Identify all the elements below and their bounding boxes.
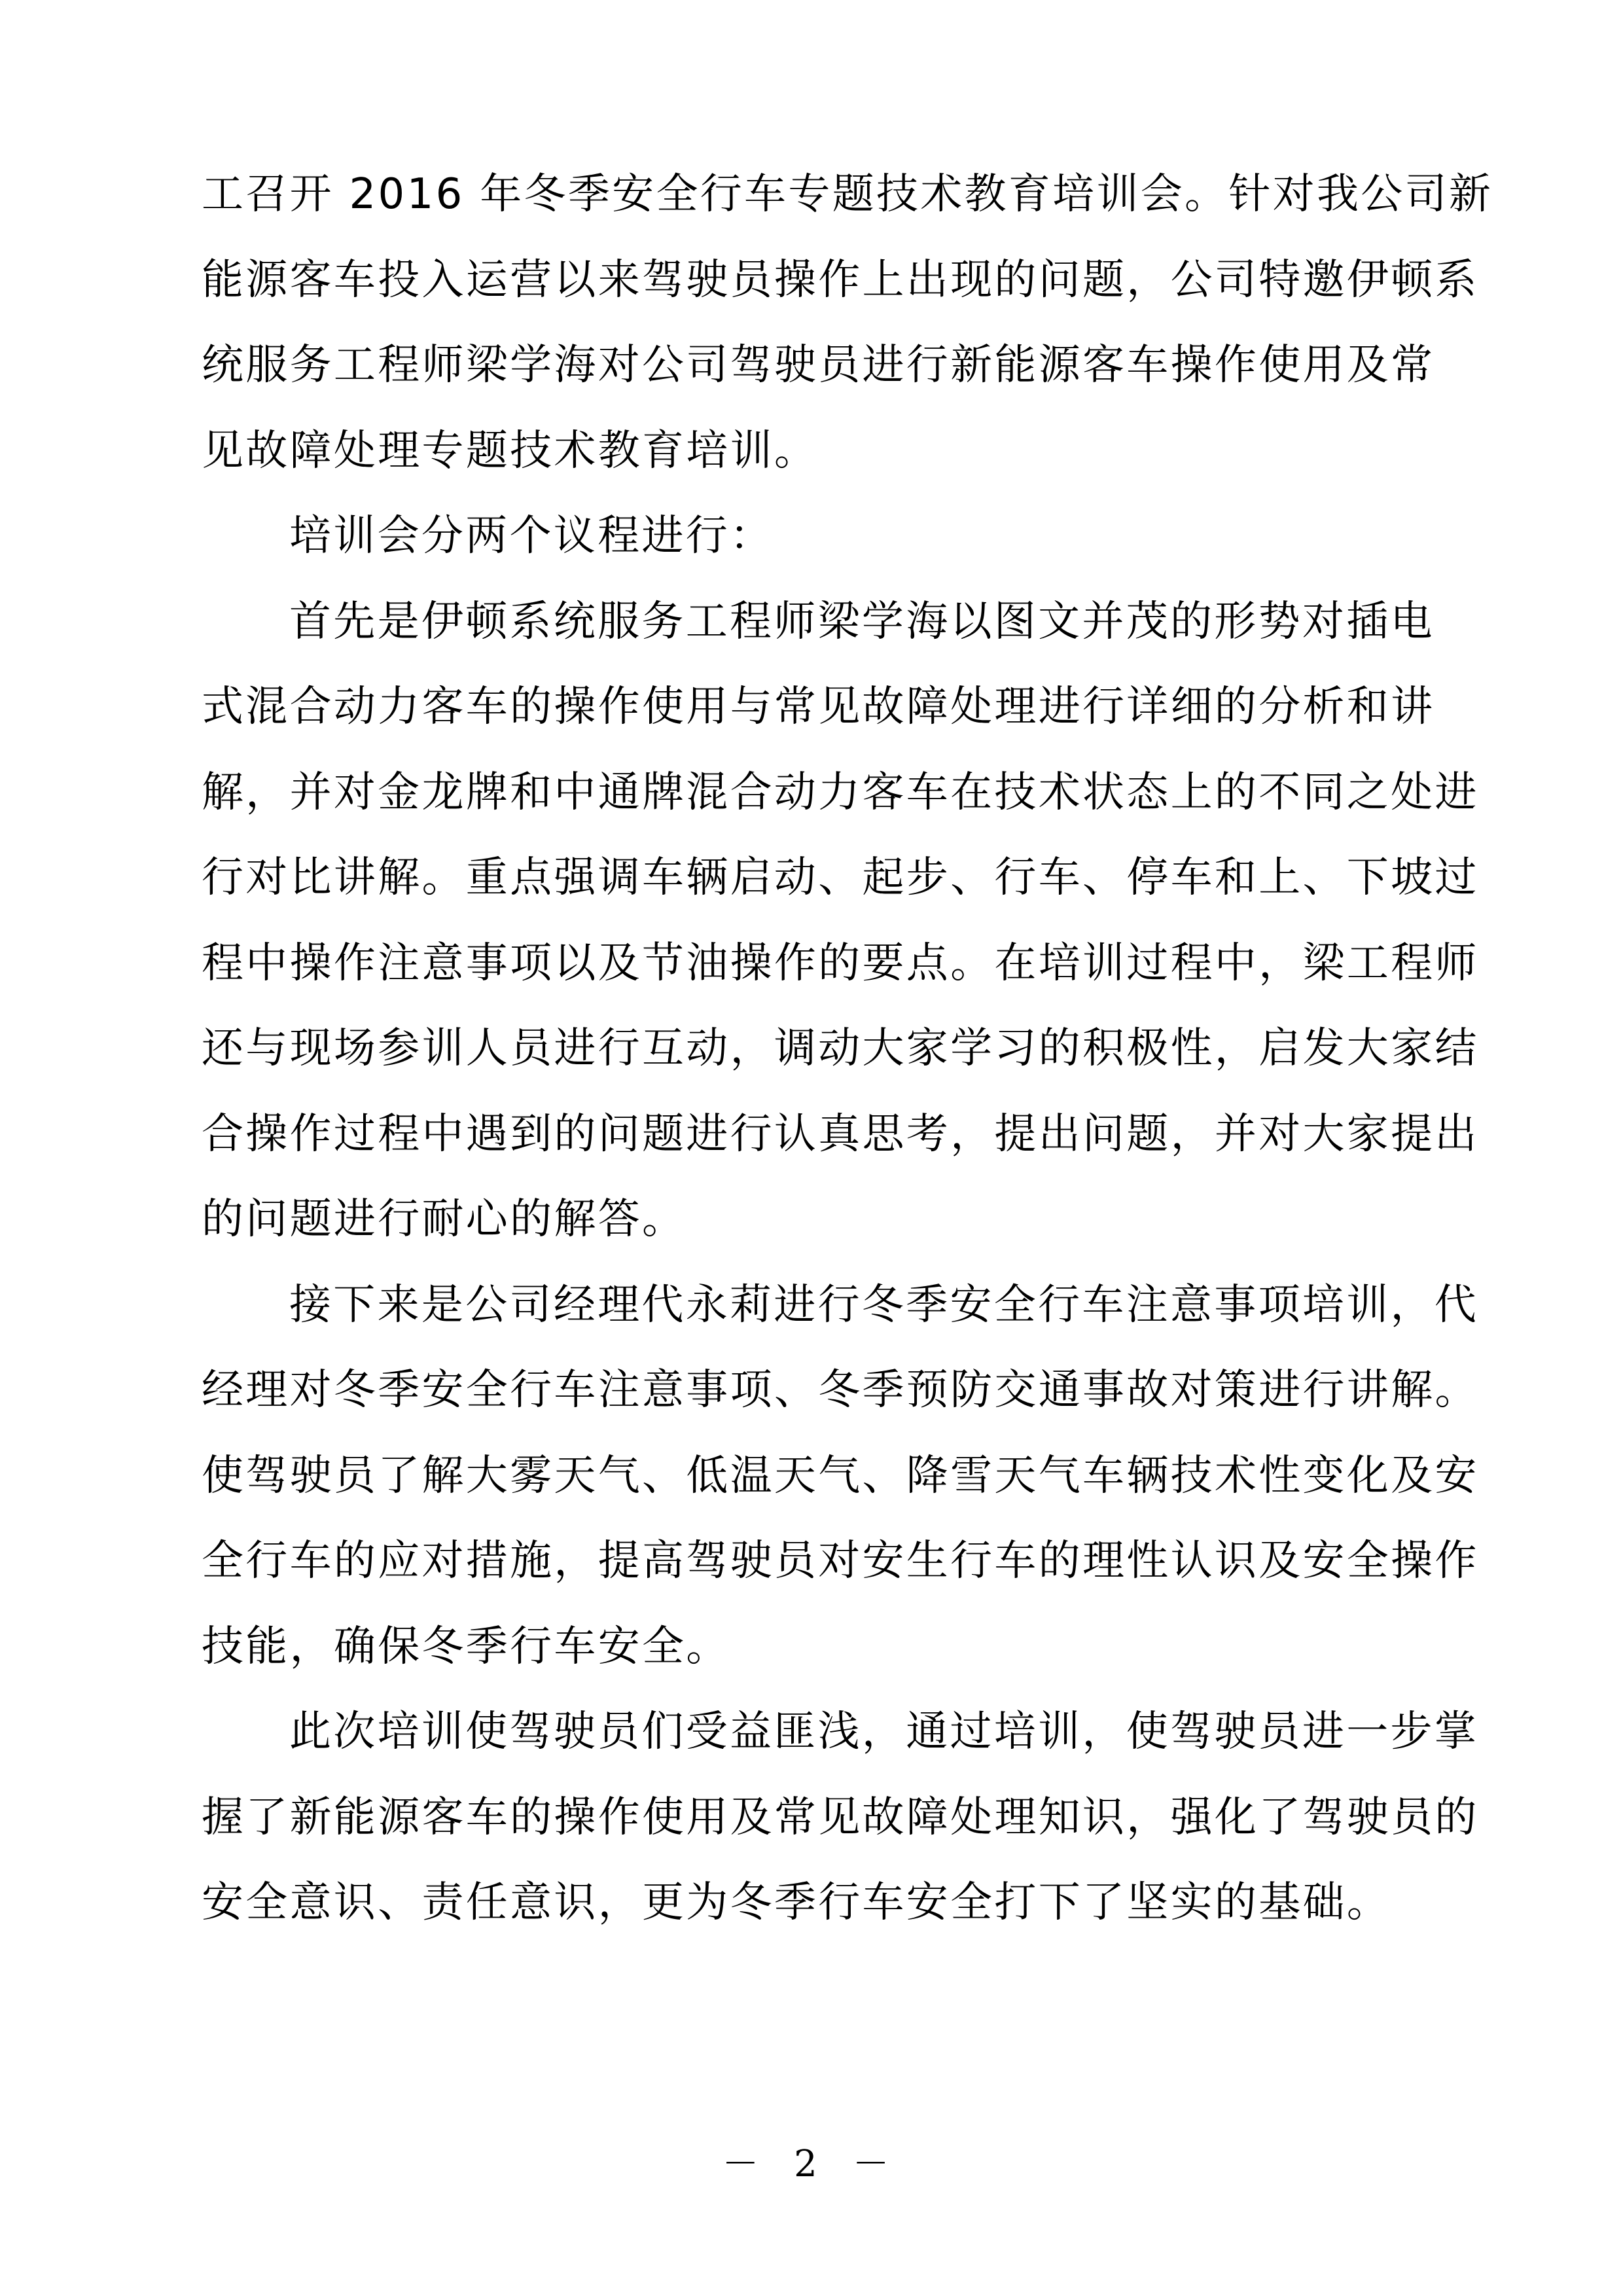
text-line: 全行车的应对措施，提高驾驶员对安生行车的理性认识及安全操作 <box>202 1518 1436 1604</box>
text-line: 能源客车投入运营以来驾驶员操作上出现的问题，公司特邀伊顿系 <box>202 238 1436 323</box>
text-line: 见故障处理专题技术教育培训。 <box>202 408 1436 494</box>
text-line: 解，并对金龙牌和中通牌混合动力客车在技术状态上的不同之处进 <box>202 750 1436 836</box>
text-line: 工召开 2016 年冬季安全行车专题技术教育培训会。针对我公司新 <box>202 152 1436 238</box>
text-line: 的问题进行耐心的解答。 <box>202 1177 1436 1263</box>
document-page: 工召开 2016 年冬季安全行车专题技术教育培训会。针对我公司新 能源客车投入运… <box>0 0 1623 2296</box>
paragraph-5: 此次培训使驾驶员们受益匪浅，通过培训，使驾驶员进一步掌 握了新能源客车的操作使用… <box>202 1689 1436 1946</box>
text-line: 还与现场参训人员进行互动，调动大家学习的积极性，启发大家结 <box>202 1006 1436 1092</box>
text-line: 使驾驶员了解大雾天气、低温天气、降雪天气车辆技术性变化及安 <box>202 1433 1436 1519</box>
paragraph-1: 工召开 2016 年冬季安全行车专题技术教育培训会。针对我公司新 能源客车投入运… <box>202 152 1436 493</box>
document-body: 工召开 2016 年冬季安全行车专题技术教育培训会。针对我公司新 能源客车投入运… <box>202 152 1436 1946</box>
text-line: 合操作过程中遇到的问题进行认真思考，提出问题，并对大家提出 <box>202 1092 1436 1177</box>
paragraph-3: 首先是伊顿系统服务工程师梁学海以图文并茂的形势对插电 式混合动力客车的操作使用与… <box>202 579 1436 1263</box>
paragraph-4: 接下来是公司经理代永莉进行冬季安全行车注意事项培训，代 经理对冬季安全行车注意事… <box>202 1263 1436 1690</box>
text-line: 程中操作注意事项以及节油操作的要点。在培训过程中，梁工程师 <box>202 921 1436 1007</box>
text-line: 接下来是公司经理代永莉进行冬季安全行车注意事项培训，代 <box>202 1263 1436 1348</box>
text-line: 培训会分两个议程进行： <box>202 493 1436 579</box>
text-line: 式混合动力客车的操作使用与常见故障处理进行详细的分析和讲 <box>202 664 1436 750</box>
text-line: 安全意识、责任意识，更为冬季行车安全打下了坚实的基础。 <box>202 1860 1436 1946</box>
page-number: － 2 － <box>0 2135 1623 2187</box>
text-line: 握了新能源客车的操作使用及常见故障处理知识，强化了驾驶员的 <box>202 1775 1436 1861</box>
text-line: 技能，确保冬季行车安全。 <box>202 1604 1436 1690</box>
paragraph-2: 培训会分两个议程进行： <box>202 493 1436 579</box>
text-line: 行对比讲解。重点强调车辆启动、起步、行车、停车和上、下坡过 <box>202 835 1436 921</box>
text-line: 统服务工程师梁学海对公司驾驶员进行新能源客车操作使用及常 <box>202 323 1436 408</box>
text-line: 首先是伊顿系统服务工程师梁学海以图文并茂的形势对插电 <box>202 579 1436 665</box>
text-line: 经理对冬季安全行车注意事项、冬季预防交通事故对策进行讲解。 <box>202 1348 1436 1433</box>
text-line: 此次培训使驾驶员们受益匪浅，通过培训，使驾驶员进一步掌 <box>202 1689 1436 1775</box>
